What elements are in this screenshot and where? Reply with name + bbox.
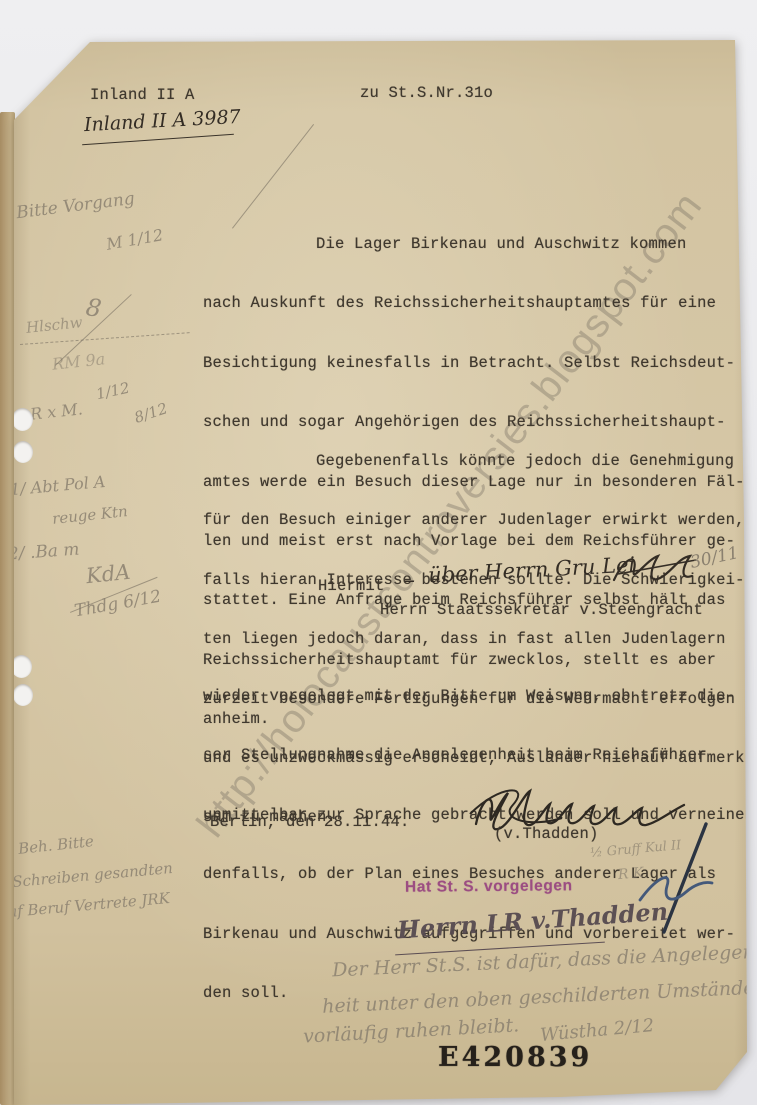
margin-note: af Beruf Vertrete JRK bbox=[8, 889, 171, 921]
body-line: Die Lager Birkenau und Auschwitz kommen bbox=[203, 233, 745, 256]
body-line: wieder vorgelegt mit der Bitte um Weisun… bbox=[203, 685, 757, 708]
margin-note: 1/ Abt Pol A bbox=[9, 472, 106, 499]
classification-typed: Inland II A bbox=[90, 86, 195, 104]
margin-note: 8/12 bbox=[132, 399, 170, 427]
margin-note: 8 bbox=[84, 293, 103, 323]
classification-handwritten: Inland II A 3987 bbox=[84, 106, 242, 136]
letter-paper: http://holocaustcontroversies.blogspot.c… bbox=[0, 0, 757, 1105]
hiermit-word: Hiermit bbox=[318, 577, 385, 595]
classification-underline-stroke bbox=[82, 134, 234, 146]
margin-note: M 1/12 bbox=[105, 225, 165, 254]
insert-dash-handwritten: – bbox=[404, 568, 415, 593]
punch-hole bbox=[13, 684, 33, 706]
margin-note: Bitte Vorgang bbox=[15, 189, 136, 223]
dateline: Berlin, den 28.11.44. bbox=[210, 813, 410, 831]
paper-wrapper: http://holocaustcontroversies.blogspot.c… bbox=[0, 0, 757, 1105]
signature-typed: (v.Thadden) bbox=[494, 825, 599, 843]
margin-note: R x M. bbox=[29, 399, 83, 423]
addressee-line: Herrn Staatssekretär v.Steengracht bbox=[380, 601, 703, 619]
body-line: Besichtigung keinesfalls in Betracht. Se… bbox=[203, 352, 745, 375]
body-line: nach Auskunft des Reichssicherheitshaupt… bbox=[203, 292, 745, 315]
margin-note: Beh. Bitte bbox=[17, 832, 94, 858]
reference-number: zu St.S.Nr.31o bbox=[360, 84, 493, 102]
body-line: ser Stellungnahme die Angelegenheit beim… bbox=[203, 744, 757, 767]
punch-hole bbox=[11, 655, 32, 678]
punch-hole bbox=[12, 408, 33, 431]
margin-note: Schreiben gesandten bbox=[12, 859, 174, 891]
body-line: Gegebenenfalls könnte jedoch die Genehmi… bbox=[203, 450, 754, 473]
margin-note: Hlschw bbox=[25, 313, 83, 337]
archive-number-stamp: E420839 bbox=[438, 1042, 592, 1073]
margin-note: reuge Ktn bbox=[51, 502, 128, 528]
scanned-document-page: http://holocaustcontroversies.blogspot.c… bbox=[0, 0, 757, 1105]
margin-note: 1/12 bbox=[94, 379, 131, 404]
body-line: für den Besuch einiger anderer Judenlage… bbox=[203, 509, 754, 532]
margin-note: KdA bbox=[85, 560, 132, 588]
vorgelegen-stamp: Hat St. S. vorgelegen bbox=[405, 877, 573, 896]
punch-hole bbox=[13, 441, 33, 463]
margin-note: 2/ .Ba m bbox=[7, 540, 80, 565]
